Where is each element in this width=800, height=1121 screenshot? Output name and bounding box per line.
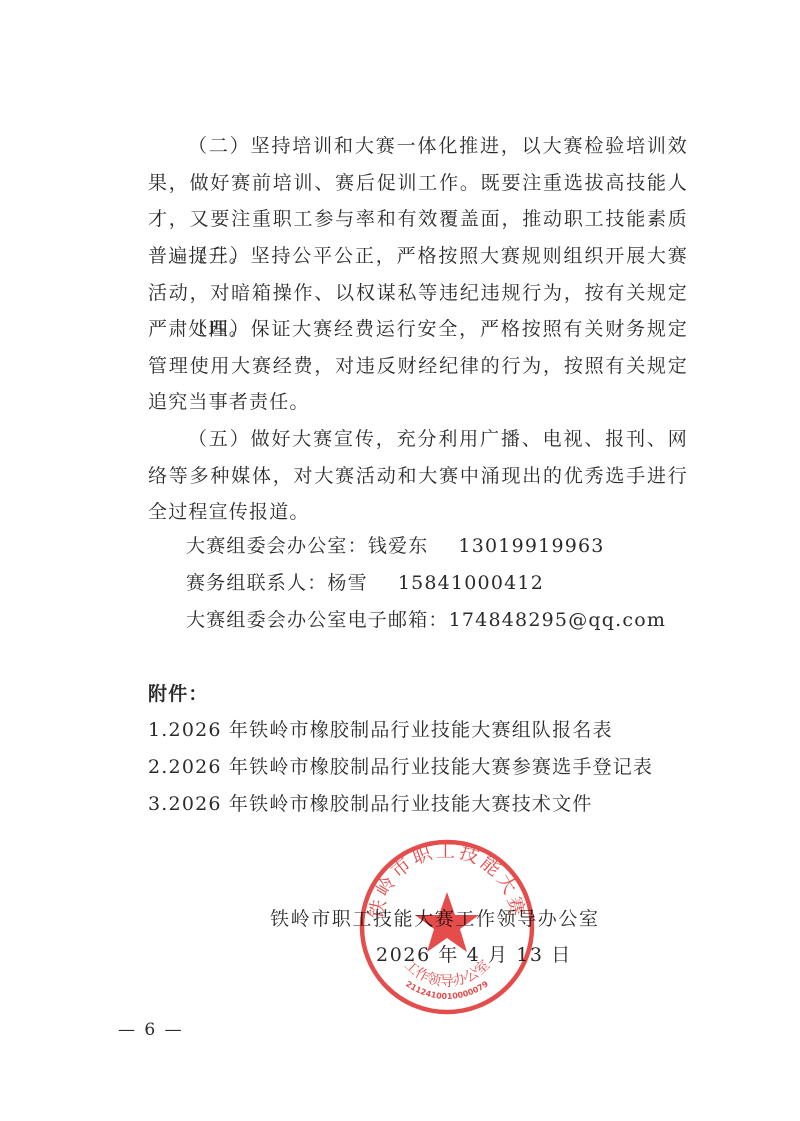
contact-name: 杨雪	[327, 572, 367, 594]
email-address: 174848295@qq.com	[449, 609, 666, 631]
official-seal-icon: 铁岭市职工技能大赛 工作领导办公室 2112410010000079	[357, 837, 537, 1017]
contact-label: 大赛组委会办公室：	[186, 535, 368, 557]
contact-label: 赛务组联系人：	[186, 572, 327, 594]
paragraph-5: （五）做好大赛宣传，充分利用广播、电视、报刊、网络等多种媒体，对大赛活动和大赛中…	[148, 421, 688, 531]
attachment-item: 3.2026 年铁岭市橡胶制品行业技能大赛技术文件	[148, 786, 593, 822]
contact-liaison: 赛务组联系人：杨雪15841000412	[186, 565, 544, 601]
attachment-item: 1.2026 年铁岭市橡胶制品行业技能大赛组队报名表	[148, 712, 613, 748]
paragraph-4: （四）保证大赛经费运行安全，严格按照有关财务规定管理使用大赛经费，对违反财经纪律…	[148, 311, 688, 421]
attachment-item: 2.2026 年铁岭市橡胶制品行业技能大赛参赛选手登记表	[148, 749, 653, 785]
contact-phone: 13019919963	[458, 535, 604, 557]
contact-office: 大赛组委会办公室：钱爱东13019919963	[186, 528, 605, 564]
contact-name: 钱爱东	[368, 535, 429, 557]
contact-email: 大赛组委会办公室电子邮箱：174848295@qq.com	[186, 602, 666, 638]
page-number: — 6 —	[118, 1020, 184, 1040]
contact-phone: 15841000412	[398, 572, 544, 594]
document-page: （二）坚持培训和大赛一体化推进，以大赛检验培训效果，做好赛前培训、赛后促训工作。…	[0, 0, 800, 1121]
contact-label: 大赛组委会办公室电子邮箱：	[186, 609, 449, 631]
attachments-title: 附件：	[148, 676, 209, 712]
